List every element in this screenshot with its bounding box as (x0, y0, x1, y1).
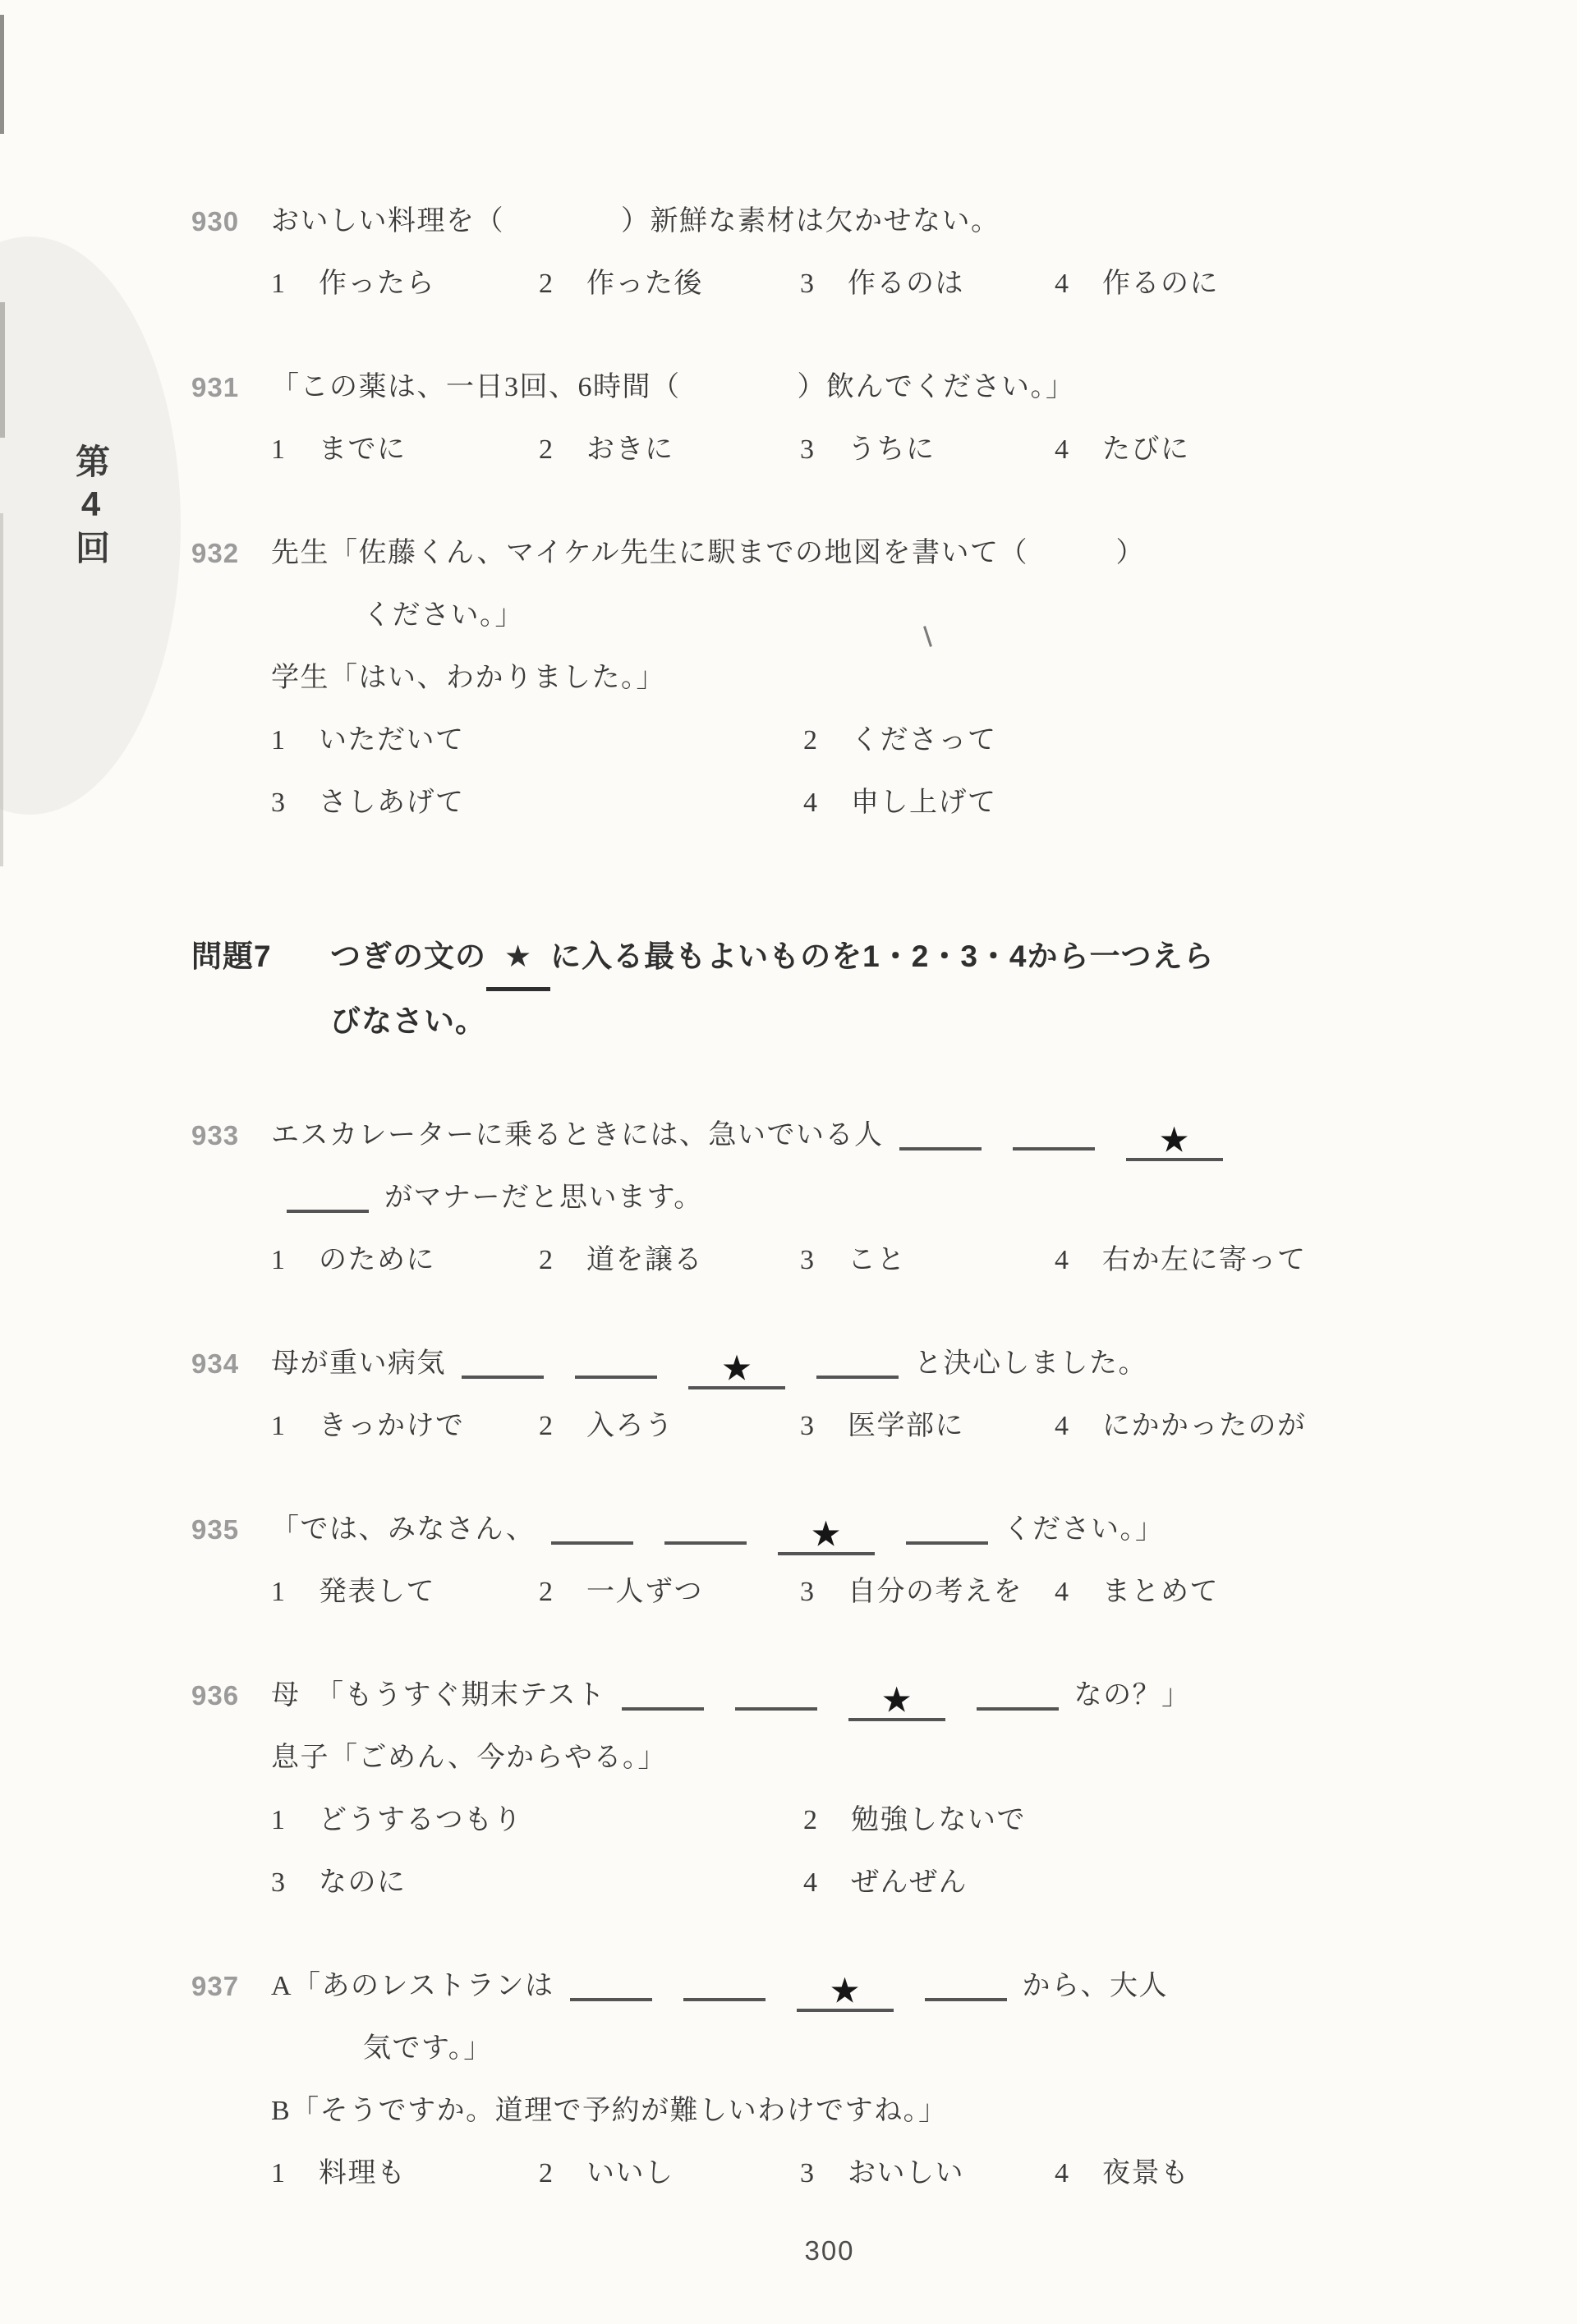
answer-blank (925, 1965, 1007, 2001)
question-text: エスカレーターに乗るときには、急いでいる人 (271, 1120, 884, 1151)
question-number: 930 (191, 191, 239, 253)
option-label: 一人ずつ (586, 1561, 703, 1624)
option-3: 3こと (800, 1229, 1055, 1292)
option-label: 自分の考えを (848, 1561, 1023, 1624)
question-text: から、大人 (1023, 1971, 1169, 2001)
question-line: 「では、みなさん、★ください。」 (271, 1499, 1485, 1561)
option-number: 3 (800, 1395, 828, 1458)
star-blank: ★ (688, 1353, 785, 1389)
option-2: 2おきに (539, 419, 800, 481)
question-934: 934母が重い病気★と決心しました。1きっかけで2入ろう3医学部に4にかかったの… (271, 1333, 1485, 1458)
question-number: 933 (191, 1105, 239, 1167)
option-number: 2 (539, 1395, 567, 1458)
question-line: エスカレーターに乗るときには、急いでいる人★ (271, 1105, 1485, 1167)
option-4: 4右か左に寄って (1055, 1229, 1485, 1292)
option-number: 2 (803, 1789, 831, 1852)
question-text: 息子「ごめん、今からやる。」 (271, 1743, 667, 1773)
answer-blank (735, 1674, 817, 1711)
instruction-text: つぎの文の (330, 939, 486, 973)
question-number: 932 (191, 522, 239, 585)
option-4: 4作るのに (1055, 253, 1485, 315)
option-label: 道を譲る (586, 1229, 703, 1292)
question-text: 「この薬は、一日3回、6時間（ ）飲んでください。」 (271, 372, 1075, 402)
question-line: 学生「はい、わかりました。」 (271, 647, 1485, 710)
question-line: おいしい料理を（ ）新鮮な素材は欠かせない。 (271, 191, 1485, 253)
option-number: 2 (539, 253, 567, 315)
instruction-line: びなさい。 (330, 991, 1485, 1052)
option-label: まとめて (1102, 1561, 1219, 1624)
option-number: 4 (803, 1852, 831, 1914)
option-1: 1のために (271, 1229, 539, 1292)
option-number: 4 (1055, 1229, 1083, 1292)
page-edge-artifact (0, 15, 4, 134)
question-931: 931「この薬は、一日3回、6時間（ ）飲んでください。」1までに2おきに3うち… (271, 356, 1485, 481)
section-instructions: つぎの文の★に入る最もよいものを1・2・3・4から一つえら びなさい。 (271, 926, 1485, 1052)
option-label: どうするつもり (319, 1789, 522, 1852)
option-label: いただいて (319, 710, 465, 772)
question-text: おいしい料理を（ ）新鮮な素材は欠かせない。 (271, 206, 1000, 237)
option-2: 2いいし (539, 2143, 800, 2205)
options: 1までに2おきに3うちに4たびに (271, 419, 1485, 481)
answer-blank (899, 1114, 982, 1151)
option-number: 3 (800, 2143, 828, 2205)
question-text: 先生「佐藤くん、マイケル先生に駅までの地図を書いて（ ） (271, 538, 1145, 568)
answer-blank (683, 1965, 766, 2001)
question-text: 学生「はい、わかりました。」 (271, 663, 665, 693)
option-label: くださって (851, 710, 997, 772)
option-2: 2くださって (803, 710, 1485, 772)
option-label: にかかったのが (1102, 1395, 1307, 1458)
question-line: 気です。」 (271, 2018, 1485, 2080)
star-blank: ★ (848, 1685, 945, 1721)
option-label: 発表して (319, 1561, 435, 1624)
question-line: 先生「佐藤くん、マイケル先生に駅までの地図を書いて（ ） (271, 522, 1485, 585)
option-2: 2入ろう (539, 1395, 800, 1458)
option-1: 1作ったら (271, 253, 539, 315)
question-line: 母 「もうすぐ期末テスト★なの？」 (271, 1665, 1485, 1727)
star-blank: ★ (1126, 1125, 1223, 1161)
answer-blank (664, 1509, 747, 1545)
option-number: 3 (800, 1561, 828, 1624)
answer-blank (1013, 1114, 1095, 1151)
option-label: 夜景も (1102, 2143, 1190, 2205)
option-number: 1 (271, 419, 299, 481)
question-932: 932先生「佐藤くん、マイケル先生に駅までの地図を書いて（ ）ください。」学生「… (271, 522, 1485, 834)
option-number: 2 (803, 710, 831, 772)
option-number: 3 (271, 772, 299, 834)
answer-blank (906, 1509, 988, 1545)
question-number: 935 (191, 1499, 239, 1561)
option-1: 1きっかけで (271, 1395, 539, 1458)
option-number: 1 (271, 710, 299, 772)
option-number: 1 (271, 1789, 299, 1852)
option-number: 4 (1055, 1395, 1083, 1458)
option-3: 3作るのは (800, 253, 1055, 315)
section-header: 問題7 つぎの文の★に入る最もよいものを1・2・3・4から一つえら びなさい。 (271, 926, 1485, 1052)
options: 1どうするつもり2勉強しないで3なのに4ぜんぜん (271, 1789, 1485, 1914)
option-number: 1 (271, 1229, 299, 1292)
option-label: 入ろう (586, 1395, 674, 1458)
option-label: 勉強しないで (851, 1789, 1026, 1852)
option-1: 1までに (271, 419, 539, 481)
option-number: 1 (271, 1395, 299, 1458)
question-line: 「この薬は、一日3回、6時間（ ）飲んでください。」 (271, 356, 1485, 419)
question-text: と決心しました。 (914, 1348, 1147, 1379)
page-content: 930おいしい料理を（ ）新鮮な素材は欠かせない。1作ったら2作った後3作るのは… (271, 191, 1485, 2246)
option-number: 4 (1055, 1561, 1083, 1624)
option-label: までに (319, 419, 407, 481)
option-3: 3なのに (271, 1852, 803, 1914)
question-936: 936母 「もうすぐ期末テスト★なの？」息子「ごめん、今からやる。」1どうするつ… (271, 1665, 1485, 1914)
star-blank: ★ (778, 1519, 875, 1555)
option-label: さしあげて (319, 772, 465, 834)
question-text: 母が重い病気 (271, 1348, 446, 1379)
option-label: のために (319, 1229, 435, 1292)
question-line: A「あのレストランは★から、大人 (271, 1955, 1485, 2018)
answer-blank (816, 1343, 899, 1379)
option-label: 作るのは (848, 253, 964, 315)
question-number: 934 (191, 1333, 239, 1395)
option-label: 作るのに (1102, 253, 1219, 315)
option-2: 2作った後 (539, 253, 800, 315)
option-4: 4申し上げて (803, 772, 1485, 834)
option-label: 作ったら (319, 253, 435, 315)
question-930: 930おいしい料理を（ ）新鮮な素材は欠かせない。1作ったら2作った後3作るのは… (271, 191, 1485, 315)
option-label: ぜんぜん (851, 1852, 968, 1914)
star-symbol: ★ (486, 926, 550, 991)
options: 1きっかけで2入ろう3医学部に4にかかったのが (271, 1395, 1485, 1458)
option-number: 1 (271, 1561, 299, 1624)
option-label: 医学部に (848, 1395, 964, 1458)
option-label: 作った後 (586, 253, 703, 315)
option-number: 1 (271, 253, 299, 315)
options: 1作ったら2作った後3作るのは4作るのに (271, 253, 1485, 315)
question-number: 937 (191, 1955, 239, 2018)
option-number: 4 (1055, 2143, 1083, 2205)
option-number: 1 (271, 2143, 299, 2205)
question-number: 936 (191, 1665, 239, 1727)
option-3: 3おいしい (800, 2143, 1055, 2205)
star-blank: ★ (797, 1976, 894, 2012)
question-935: 935「では、みなさん、★ください。」1発表して2一人ずつ3自分の考えを4まとめ… (271, 1499, 1485, 1624)
option-number: 2 (539, 2143, 567, 2205)
option-4: 4夜景も (1055, 2143, 1485, 2205)
option-number: 4 (803, 772, 831, 834)
question-text: 母 「もうすぐ期末テスト (271, 1680, 606, 1711)
option-1: 1発表して (271, 1561, 539, 1624)
option-3: 3うちに (800, 419, 1055, 481)
option-number: 4 (1055, 419, 1083, 481)
option-number: 3 (800, 253, 828, 315)
option-label: きっかけで (319, 1395, 465, 1458)
option-2: 2一人ずつ (539, 1561, 800, 1624)
option-3: 3さしあげて (271, 772, 803, 834)
answer-blank (575, 1343, 657, 1379)
reorder-questions: 933エスカレーターに乗るときには、急いでいる人★がマナーだと思います。1のため… (271, 1105, 1485, 2205)
option-4: 4まとめて (1055, 1561, 1485, 1624)
option-number: 2 (539, 1229, 567, 1292)
option-number: 3 (271, 1852, 299, 1914)
option-label: 申し上げて (851, 772, 997, 834)
option-4: 4にかかったのが (1055, 1395, 1485, 1458)
question-line: ください。」 (271, 585, 1485, 647)
book-page: 第4回 930おいしい料理を（ ）新鮮な素材は欠かせない。1作ったら2作った後3… (0, 0, 1577, 2324)
option-2: 2道を譲る (539, 1229, 800, 1292)
option-label: 右か左に寄って (1102, 1229, 1307, 1292)
question-937: 937A「あのレストランは★から、大人気です。」B「そうですか。道理で予約が難し… (271, 1955, 1485, 2205)
option-number: 4 (1055, 253, 1083, 315)
question-text: 気です。」 (363, 2033, 493, 2064)
question-text: B「そうですか。道理で予約が難しいわけですね。」 (271, 2096, 948, 2126)
answer-blank (622, 1674, 704, 1711)
answer-blank (570, 1965, 652, 2001)
option-1: 1どうするつもり (271, 1789, 803, 1852)
option-label: おきに (586, 419, 674, 481)
question-text: ください。」 (1004, 1514, 1165, 1545)
option-label: おいしい (848, 2143, 964, 2205)
question-line: 息子「ごめん、今からやる。」 (271, 1727, 1485, 1789)
option-number: 2 (539, 1561, 567, 1624)
fill-in-questions: 930おいしい料理を（ ）新鮮な素材は欠かせない。1作ったら2作った後3作るのは… (271, 191, 1485, 834)
answer-blank (977, 1674, 1059, 1711)
option-label: たびに (1102, 419, 1190, 481)
options: 1発表して2一人ずつ3自分の考えを4まとめて (271, 1561, 1485, 1624)
instruction-line: つぎの文の★に入る最もよいものを1・2・3・4から一つえら (330, 926, 1485, 991)
options: 1料理も2いいし3おいしい4夜景も (271, 2143, 1485, 2205)
option-number: 3 (800, 419, 828, 481)
section-label: 問題7 (191, 926, 272, 987)
question-line: がマナーだと思います。 (271, 1167, 1485, 1229)
page-number: 300 (82, 2235, 1577, 2267)
option-1: 1料理も (271, 2143, 539, 2205)
options: 1いただいて2くださって3さしあげて4申し上げて (271, 710, 1485, 834)
question-number: 931 (191, 356, 239, 419)
option-label: 料理も (319, 2143, 407, 2205)
option-number: 3 (800, 1229, 828, 1292)
answer-blank (551, 1509, 633, 1545)
option-1: 1いただいて (271, 710, 803, 772)
question-text: 「では、みなさん、 (271, 1514, 536, 1545)
chapter-tab-label: 第4回 (66, 443, 115, 571)
option-label: うちに (848, 419, 936, 481)
question-text: A「あのレストランは (271, 1971, 554, 2001)
question-text: がマナーだと思います。 (384, 1183, 703, 1213)
question-text: ください。」 (363, 600, 524, 631)
option-label: いいし (586, 2143, 674, 2205)
question-933: 933エスカレーターに乗るときには、急いでいる人★がマナーだと思います。1のため… (271, 1105, 1485, 1292)
answer-blank (462, 1343, 544, 1379)
page-edge-artifact (0, 513, 3, 866)
instruction-text: に入る最もよいものを1・2・3・4から一つえら (550, 939, 1214, 973)
question-line: B「そうですか。道理で予約が難しいわけですね。」 (271, 2080, 1485, 2143)
option-label: こと (848, 1229, 906, 1292)
option-2: 2勉強しないで (803, 1789, 1485, 1852)
option-3: 3自分の考えを (800, 1561, 1055, 1624)
option-4: 4たびに (1055, 419, 1485, 481)
option-label: なのに (319, 1852, 407, 1914)
option-3: 3医学部に (800, 1395, 1055, 1458)
option-number: 2 (539, 419, 567, 481)
question-line: 母が重い病気★と決心しました。 (271, 1333, 1485, 1395)
question-text: なの？」 (1074, 1680, 1191, 1711)
page-edge-artifact (0, 302, 5, 438)
option-4: 4ぜんぜん (803, 1852, 1485, 1914)
answer-blank (287, 1177, 369, 1213)
options: 1のために2道を譲る3こと4右か左に寄って (271, 1229, 1485, 1292)
